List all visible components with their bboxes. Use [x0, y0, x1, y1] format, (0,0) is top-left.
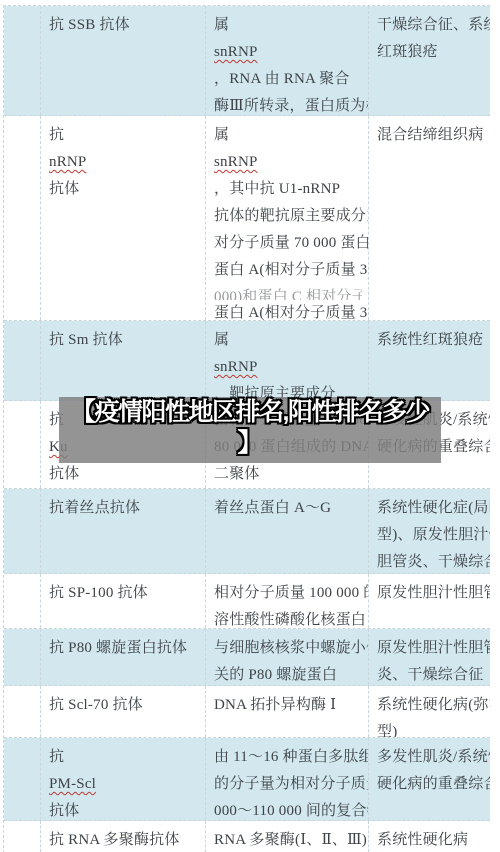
antigen-description-cell: 由 11～16 种蛋白多肽组成的分子量为相对分子质量 20000～110 000…: [206, 738, 369, 820]
text-line: 蛋白 A(相对分子质量 32: [214, 257, 362, 284]
text-line: RNA 多聚酶(Ⅰ、Ⅱ、Ⅲ): [214, 827, 362, 852]
text-line: DNA 拓扑异构酶 Ⅰ: [214, 692, 362, 719]
table-row: 抗 nRNP 抗体属 snRNP，其中抗 U1-nRNP抗体的靶抗原主要成分为相…: [4, 116, 490, 321]
text-line: 抗 Scl-70 抗体: [49, 692, 199, 719]
table-row: 抗 SSB 抗体属 snRNP，RNA 由 RNA 聚合酶Ⅲ所转录，蛋白质为相对…: [4, 6, 490, 116]
text-line: 抗 SSB 抗体: [49, 12, 199, 39]
text-line: 硬化病的重叠综合征: [377, 771, 484, 798]
text-line: 混合结缔组织病: [377, 122, 484, 149]
antigen-description-cell: 着丝点蛋白 A～G: [206, 489, 369, 573]
table-row: 抗 PM-Scl 抗体由 11～16 种蛋白多肽组成的分子量为相对分子质量 20…: [4, 738, 490, 821]
text-line: 二聚体: [214, 461, 362, 488]
spellcheck-underlined-term: nRNP: [49, 149, 199, 176]
text-line: 由 11～16 种蛋白多肽组成: [214, 744, 362, 771]
text-line: 抗 PM-Scl 抗体: [49, 744, 199, 820]
table-row: 抗 RNA 多聚酶抗体RNA 多聚酶(Ⅰ、Ⅱ、Ⅲ)系统性硬化病: [4, 821, 490, 852]
text-line: 抗体的靶抗原主要成分为相: [214, 203, 362, 230]
related-disease-cell: 多发性肌炎/系统性硬化病的重叠综合征: [369, 738, 490, 820]
text-line: 与细胞核核浆中螺旋小体相: [214, 635, 362, 662]
text-line: 抗 Sm 抗体: [49, 327, 199, 354]
text-line: 属 snRNP，靶抗原主要成分: [214, 327, 362, 400]
text-line: 000)和蛋白 C 相对分子质量: [214, 284, 362, 300]
antigen-description-cell: RNA 多聚酶(Ⅰ、Ⅱ、Ⅲ): [206, 821, 369, 852]
text-line: 干燥综合征、系统性: [377, 12, 484, 39]
text-line: 酶Ⅲ所转录，蛋白质为相对: [214, 93, 362, 115]
row-gutter-cell: [4, 6, 41, 115]
spellcheck-underlined-term: PM-Scl: [49, 771, 199, 798]
row-gutter-cell: [4, 686, 41, 737]
row-gutter-cell: [4, 629, 41, 685]
text-line: 对分子质量 70 000 蛋白、: [214, 230, 362, 257]
spellcheck-underlined-term: snRNP: [214, 39, 362, 66]
text-line: 000～110 000 间的复合物: [214, 798, 362, 820]
text-line: 系统性硬化症(局限: [377, 495, 484, 522]
row-gutter-cell: [4, 574, 41, 628]
text-line: 抗 P80 螺旋蛋白抗体: [49, 635, 199, 662]
row-gutter-cell: [4, 738, 41, 820]
antigen-description-cell: DNA 拓扑异构酶 Ⅰ: [206, 686, 369, 737]
text-line: 多发性肌炎/系统性: [377, 744, 484, 771]
antibody-name-cell: 抗 SSB 抗体: [41, 6, 206, 115]
table-row: 抗着丝点抗体着丝点蛋白 A～G系统性硬化症(局限型)、原发性胆汁性胆管炎、干燥综…: [4, 489, 490, 574]
related-disease-cell: 系统性红斑狼疮: [369, 321, 490, 400]
text-line: 炎、干燥综合征: [377, 662, 484, 685]
text-line: 属 snRNP，其中抗 U1-nRNP: [214, 122, 362, 203]
antigen-description-cell: 与细胞核核浆中螺旋小体相关的 P80 螺旋蛋白: [206, 629, 369, 685]
related-disease-cell: 原发性胆汁性胆管炎: [369, 574, 490, 628]
text-line: 型)、原发性胆汁性: [377, 522, 484, 549]
text-line: 抗 SP-100 抗体: [49, 580, 199, 607]
row-gutter-cell: [4, 116, 41, 320]
antibody-name-cell: 抗 Scl-70 抗体: [41, 686, 206, 737]
text-line: 原发性胆汁性胆管炎: [377, 580, 484, 607]
text-line: 型): [377, 719, 484, 737]
text-line: 的分子量为相对分子质量 20: [214, 771, 362, 798]
text-line: 系统性硬化病(弥漫: [377, 692, 484, 719]
antibody-name-cell: 抗 PM-Scl 抗体: [41, 738, 206, 820]
row-gutter-cell: [4, 401, 41, 488]
related-disease-cell: 系统性硬化症(局限型)、原发性胆汁性胆管炎、干燥综合征: [369, 489, 490, 573]
antigen-description-cell: 属 snRNP，靶抗原主要成分为 B/B′、D、E、F、G 蛋白多肽: [206, 321, 369, 400]
antigen-description-cell: 相对分子质量 100 000 的可溶性酸性磷酸化核蛋白: [206, 574, 369, 628]
text-line: 抗 RNA 多聚酶抗体: [49, 827, 199, 852]
text-line: 胆管炎、干燥综合征: [377, 549, 484, 573]
watermark-overlay: 【疫情阳性地区排名,阳性排名多少 】: [59, 397, 441, 463]
antibody-name-cell: 抗 RNA 多聚酶抗体: [41, 821, 206, 852]
table-row: 抗 Scl-70 抗体DNA 拓扑异构酶 Ⅰ系统性硬化病(弥漫型): [4, 686, 490, 738]
spellcheck-underlined-term: snRNP: [214, 354, 362, 381]
watermark-text-line1: 【疫情阳性地区排名,阳性排名多少: [59, 397, 441, 428]
text-line: 着丝点蛋白 A～G: [214, 495, 362, 522]
table-row: 抗 P80 螺旋蛋白抗体与细胞核核浆中螺旋小体相关的 P80 螺旋蛋白原发性胆汁…: [4, 629, 490, 686]
related-disease-cell: 原发性胆汁性胆管炎、干燥综合征: [369, 629, 490, 685]
related-disease-cell: 混合结缔组织病: [369, 116, 490, 320]
antibody-name-cell: 抗 nRNP 抗体: [41, 116, 206, 320]
text-line: 蛋白 A(相对分子质量 32: [214, 300, 362, 320]
antibody-name-cell: 抗着丝点抗体: [41, 489, 206, 573]
text-line: 原发性胆汁性胆管: [377, 635, 484, 662]
row-gutter-cell: [4, 321, 41, 400]
related-disease-cell: 干燥综合征、系统性红斑狼疮: [369, 6, 490, 115]
text-line: 红斑狼疮: [377, 39, 484, 66]
antibody-name-cell: 抗 SP-100 抗体: [41, 574, 206, 628]
text-line: 属 snRNP，RNA 由 RNA 聚合: [214, 12, 362, 93]
related-disease-cell: 系统性硬化病: [369, 821, 490, 852]
text-line: 关的 P80 螺旋蛋白: [214, 662, 362, 685]
text-line: 相对分子质量 100 000 的可: [214, 580, 362, 607]
text-line: 系统性硬化病: [377, 827, 484, 852]
table-row: 抗 SP-100 抗体相对分子质量 100 000 的可溶性酸性磷酸化核蛋白原发…: [4, 574, 490, 629]
text-line: 抗着丝点抗体: [49, 495, 199, 522]
antibody-name-cell: 抗 P80 螺旋蛋白抗体: [41, 629, 206, 685]
antibody-name-cell: 抗 Sm 抗体: [41, 321, 206, 400]
antigen-description-cell: 属 snRNP，RNA 由 RNA 聚合酶Ⅲ所转录，蛋白质为相对分子质量 48 …: [206, 6, 369, 115]
table-row: 抗 Sm 抗体属 snRNP，靶抗原主要成分为 B/B′、D、E、F、G 蛋白多…: [4, 321, 490, 401]
antigen-description-cell: 属 snRNP，其中抗 U1-nRNP抗体的靶抗原主要成分为相对分子质量 70 …: [206, 116, 369, 320]
text-line: 溶性酸性磷酸化核蛋白: [214, 607, 362, 628]
spellcheck-underlined-term: snRNP: [214, 149, 362, 176]
row-gutter-cell: [4, 821, 41, 852]
row-gutter-cell: [4, 489, 41, 573]
related-disease-cell: 系统性硬化病(弥漫型): [369, 686, 490, 737]
text-line: 系统性红斑狼疮: [377, 327, 484, 354]
watermark-text-line2: 】: [59, 428, 441, 458]
text-line: 抗 nRNP 抗体: [49, 122, 199, 203]
